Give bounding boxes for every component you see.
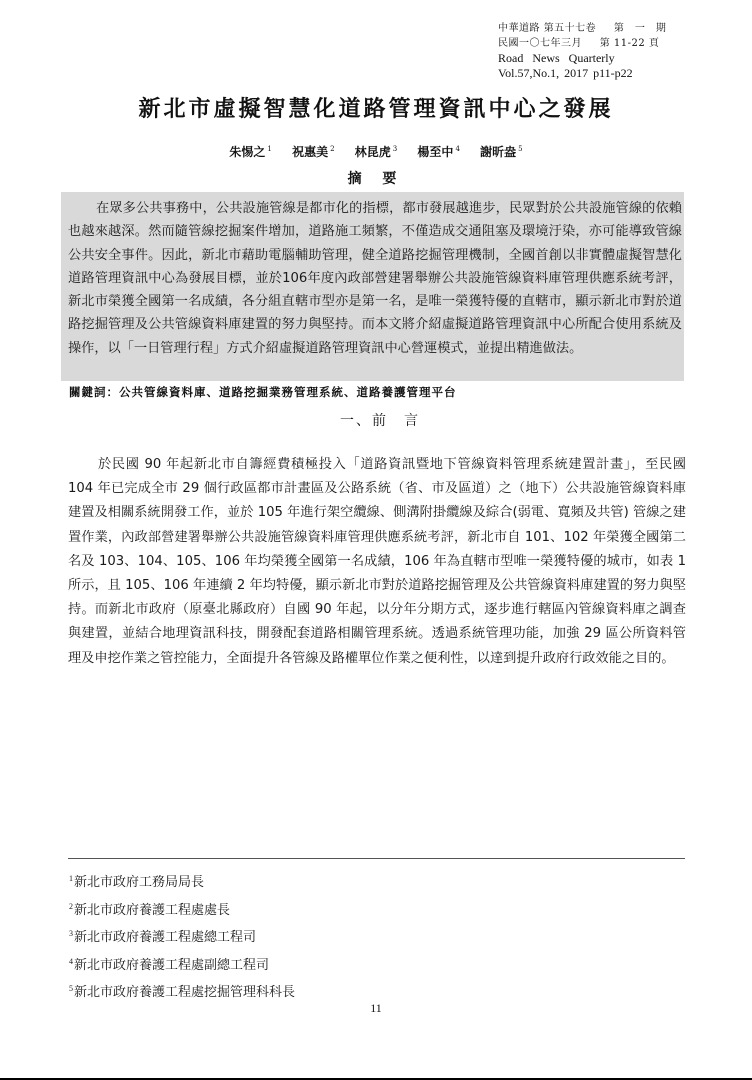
footnote-item: 4新北市政府養護工程處副總工程司 <box>69 950 295 978</box>
journal-date-line: 民國一〇七年三月 第 11-22 頁 <box>498 36 698 51</box>
author: 林昆虎3 <box>355 143 397 160</box>
journal-english-volume: Vol.57,No.1, 2017 p11-p22 <box>498 66 698 81</box>
author-name: 祝惠美 <box>292 145 328 159</box>
section-number: 一、 <box>340 413 372 429</box>
author-name: 朱惕之 <box>229 145 265 159</box>
page-number: 11 <box>0 1001 752 1016</box>
journal-date: 民國一〇七年三月 <box>498 38 582 49</box>
footnote-text: 新北市政府養護工程處挖掘管理科科長 <box>74 985 295 1000</box>
journal-pages: 第 11-22 頁 <box>600 38 660 49</box>
footnote-divider <box>68 858 685 859</box>
author: 楊至中4 <box>417 143 459 160</box>
section-heading: 一、前 言 <box>340 410 420 430</box>
footnote-mark: 1 <box>69 874 73 883</box>
author-footnote-mark[interactable]: 1 <box>267 145 271 153</box>
author: 祝惠美2 <box>292 143 334 160</box>
author: 朱惕之1 <box>229 143 271 160</box>
section-title: 前 言 <box>372 413 420 429</box>
footnote-mark: 4 <box>69 957 73 966</box>
paper-title: 新北市虛擬智慧化道路管理資訊中心之發展 <box>0 92 752 123</box>
journal-issue: 第 一 期 <box>614 23 667 34</box>
abstract-heading: 摘 要 <box>0 168 752 188</box>
footnote-text: 新北市政府養護工程處副總工程司 <box>74 958 269 973</box>
footnote-item: 3新北市政府養護工程處總工程司 <box>69 922 295 950</box>
section-body-text: 於民國 90 年起新北市自籌經費積極投入「道路資訊暨地下管線資料管理系統建置計畫… <box>68 453 686 671</box>
author-list: 朱惕之1 祝惠美2 林昆虎3 楊至中4 謝昕盎5 <box>0 143 752 160</box>
author-name: 謝昕盎 <box>480 145 516 159</box>
author: 謝昕盎5 <box>480 143 522 160</box>
keywords: 關鍵詞：公共管線資料庫、道路挖掘業務管理系統、道路養護管理平台 <box>69 384 457 400</box>
footnote-list: 1新北市政府工務局局長 2新北市政府養護工程處處長 3新北市政府養護工程處總工程… <box>69 867 295 1005</box>
footnote-text: 新北市政府養護工程處總工程司 <box>74 930 256 945</box>
journal-name: 中華道路 <box>498 23 540 34</box>
author-footnote-mark[interactable]: 3 <box>393 145 397 153</box>
journal-english-name: Road News Quarterly <box>498 51 698 66</box>
author-footnote-mark[interactable]: 4 <box>455 145 459 153</box>
footnote-mark: 2 <box>69 902 73 911</box>
author-name: 林昆虎 <box>355 145 391 159</box>
footnote-item: 2新北市政府養護工程處處長 <box>69 895 295 923</box>
footnote-item: 1新北市政府工務局局長 <box>69 867 295 895</box>
author-footnote-mark[interactable]: 2 <box>330 145 334 153</box>
journal-header: 中華道路 第五十七卷 第 一 期 民國一〇七年三月 第 11-22 頁 Road… <box>498 21 698 81</box>
footnote-mark: 3 <box>69 929 73 938</box>
journal-volume: 第五十七卷 <box>544 23 597 34</box>
footnote-mark: 5 <box>69 984 73 993</box>
footnote-text: 新北市政府工務局局長 <box>74 875 204 890</box>
journal-issue-line: 中華道路 第五十七卷 第 一 期 <box>498 21 698 36</box>
author-footnote-mark[interactable]: 5 <box>518 145 522 153</box>
abstract-text: 在眾多公共事務中，公共設施管線是都市化的指標，都市發展越進步，民眾對於公共設施管… <box>68 197 682 360</box>
footnote-text: 新北市政府養護工程處處長 <box>74 903 230 918</box>
author-name: 楊至中 <box>417 145 453 159</box>
